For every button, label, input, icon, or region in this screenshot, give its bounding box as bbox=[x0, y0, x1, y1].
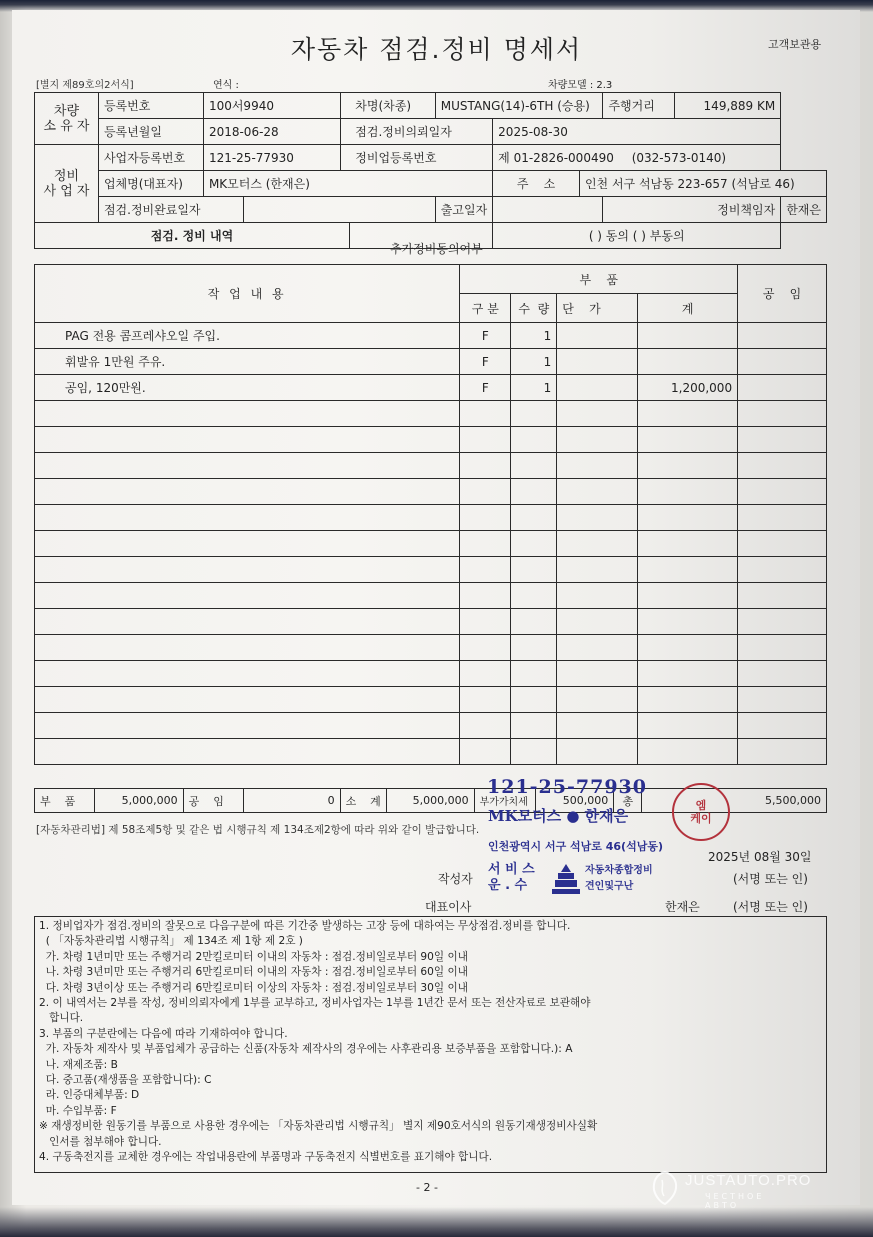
empty-cell bbox=[511, 713, 557, 739]
table-row bbox=[35, 557, 827, 583]
empty-cell bbox=[511, 479, 557, 505]
document-title: 자동차 점검.정비 명세서 bbox=[0, 30, 873, 66]
shop-reg-number: 제 01-2826-000490 bbox=[498, 151, 614, 165]
qty-cell: 1 bbox=[511, 349, 557, 375]
stamp-type-line: 자동차종합정비 bbox=[585, 863, 653, 879]
table-row bbox=[35, 713, 827, 739]
stamp-company: MK모터스 ● 한재은 bbox=[488, 805, 628, 826]
ceo-name: 한재은 bbox=[665, 898, 700, 915]
request-date-value: 2025-08-30 bbox=[493, 119, 781, 145]
note-line: 가. 자동차 제작사 및 부품업체가 공급하는 신품(자동차 제작사의 경우에는… bbox=[39, 1042, 822, 1057]
subtotal-value: 5,000,000 bbox=[386, 789, 474, 813]
shop-reg-label: 정비업등록번호 bbox=[341, 145, 493, 171]
table-row bbox=[35, 739, 827, 765]
request-date-label: 점검.정비의뢰일자 bbox=[341, 119, 493, 145]
empty-cell bbox=[638, 739, 738, 765]
empty-cell bbox=[35, 687, 460, 713]
mileage-value: 149,889 KM bbox=[674, 93, 780, 119]
empty-cell bbox=[460, 479, 511, 505]
empty-cell bbox=[511, 401, 557, 427]
col-type: 구 분 bbox=[460, 294, 511, 323]
empty-cell bbox=[738, 583, 827, 609]
empty-cell bbox=[638, 635, 738, 661]
empty-cell bbox=[460, 505, 511, 531]
type-cell: F bbox=[460, 349, 511, 375]
unit-cell bbox=[557, 375, 638, 401]
empty-cell bbox=[511, 739, 557, 765]
note-line: 다. 차령 3년이상 또는 주행거리 6만킬로미터 이상의 자동차 : 점검.정… bbox=[39, 981, 822, 996]
empty-cell bbox=[738, 557, 827, 583]
empty-cell bbox=[460, 635, 511, 661]
stamp-type-line: 견인및구난 bbox=[585, 879, 653, 895]
work-items-table: 작 업 내 용 부 품 공 임 구 분 수 량 단 가 계 PAG 전용 콤프레… bbox=[34, 264, 827, 765]
empty-cell bbox=[557, 401, 638, 427]
empty-cell bbox=[511, 661, 557, 687]
stamp-services-line: 서 비 스 bbox=[488, 862, 535, 878]
shop-reg-value: 제 01-2826-000490 (032-573-0140) bbox=[493, 145, 781, 171]
empty-cell bbox=[638, 505, 738, 531]
note-line: 3. 부품의 구분란에는 다음에 따라 기재하여야 합니다. bbox=[39, 1027, 822, 1042]
empty-cell bbox=[738, 713, 827, 739]
note-line: 라. 인증대체부품: D bbox=[39, 1088, 822, 1103]
empty-cell bbox=[557, 713, 638, 739]
empty-cell bbox=[738, 687, 827, 713]
mileage-label: 주행거리 bbox=[603, 93, 675, 119]
empty-cell bbox=[35, 557, 460, 583]
empty-cell bbox=[638, 661, 738, 687]
empty-cell bbox=[638, 583, 738, 609]
biz-no-label: 사업자등록번호 bbox=[98, 145, 203, 171]
note-line: ※ 재생정비한 원동기를 부품으로 사용한 경우에는 「자동차관리법 시행규칙」… bbox=[39, 1119, 822, 1134]
company-value: MK모터스 (한재은) bbox=[203, 171, 435, 197]
vehicle-model: 차량모델 : 2.3 bbox=[548, 76, 612, 91]
empty-cell bbox=[557, 739, 638, 765]
empty-cell bbox=[638, 687, 738, 713]
stamp-address: 인천광역시 서구 석남로 46(석남동) bbox=[488, 838, 663, 854]
empty-cell bbox=[35, 401, 460, 427]
work-header: 작 업 내 용 bbox=[35, 265, 460, 323]
empty-cell bbox=[557, 531, 638, 557]
empty-cell bbox=[460, 531, 511, 557]
empty-cell bbox=[738, 739, 827, 765]
empty-cell bbox=[460, 687, 511, 713]
col-qty: 수 량 bbox=[511, 294, 557, 323]
empty-cell bbox=[460, 583, 511, 609]
empty-cell bbox=[35, 635, 460, 661]
copy-label: 고객보관용 bbox=[768, 36, 821, 52]
empty-cell bbox=[557, 479, 638, 505]
note-line: 합니다. bbox=[39, 1011, 822, 1026]
total-cell bbox=[638, 323, 738, 349]
empty-cell bbox=[35, 713, 460, 739]
parts-header: 부 품 bbox=[460, 265, 738, 294]
empty-cell bbox=[35, 609, 460, 635]
empty-cell bbox=[460, 427, 511, 453]
empty-cell bbox=[638, 557, 738, 583]
note-line: 마. 수입부품: F bbox=[39, 1104, 822, 1119]
address-value: 인천 서구 석남동 223-657 (석남로 46) bbox=[579, 171, 826, 197]
label: 차량 bbox=[40, 104, 93, 119]
col-unit: 단 가 bbox=[557, 294, 638, 323]
empty-cell bbox=[738, 661, 827, 687]
subtotal-label: 소 계 bbox=[340, 789, 386, 813]
empty-cell bbox=[638, 713, 738, 739]
empty-cell bbox=[460, 739, 511, 765]
shop-phone: (032-573-0140) bbox=[632, 151, 726, 165]
manager-label: 정비책임자 bbox=[603, 197, 781, 223]
stamp-services-line: 운 . 수 bbox=[488, 878, 535, 894]
empty-cell bbox=[460, 557, 511, 583]
watermark-brand: JUSTAUTO.PRO bbox=[685, 1172, 811, 1189]
note-line: 다. 중고품(재생품을 포함합니다): C bbox=[39, 1073, 822, 1088]
note-line: 나. 차령 3년미만 또는 주행거리 6만킬로미터 이내의 자동차 : 점검.정… bbox=[39, 965, 822, 980]
qty-cell: 1 bbox=[511, 323, 557, 349]
consent-label-text: 추가정비동의여부 bbox=[390, 240, 483, 257]
issue-date: 2025년 08월 30일 bbox=[708, 848, 811, 865]
note-line: 인서를 첨부해야 합니다. bbox=[39, 1135, 822, 1150]
empty-cell bbox=[35, 479, 460, 505]
table-row bbox=[35, 505, 827, 531]
owner-section-label: 차량 소 유 자 bbox=[35, 93, 99, 145]
table-row bbox=[35, 531, 827, 557]
reg-no-value: 100서9940 bbox=[203, 93, 340, 119]
stamp-services: 서 비 스 운 . 수 bbox=[488, 862, 535, 894]
note-line: 4. 구동축전지를 교체한 경우에는 작업내용란에 부품명과 구동축전지 식별번… bbox=[39, 1150, 822, 1165]
watermark-tagline: ЧЕСТНОЕ АВТО bbox=[705, 1192, 764, 1210]
signature-note: (서명 또는 인) bbox=[733, 870, 808, 887]
empty-cell bbox=[511, 635, 557, 661]
empty-cell bbox=[511, 609, 557, 635]
company-seal: 엠 케이 bbox=[672, 783, 730, 841]
table-row bbox=[35, 427, 827, 453]
empty-cell bbox=[511, 453, 557, 479]
labor-cell bbox=[738, 349, 827, 375]
empty-cell bbox=[738, 635, 827, 661]
note-line: 1. 정비업자가 점검.정비의 잘못으로 다음구분에 따른 기간중 발생하는 고… bbox=[39, 919, 822, 934]
table-row bbox=[35, 401, 827, 427]
empty-cell bbox=[738, 609, 827, 635]
labor-cell bbox=[738, 323, 827, 349]
consent-value: ( ) 동의 ( ) 부동의 bbox=[493, 223, 781, 249]
signature-note: (서명 또는 인) bbox=[733, 898, 808, 915]
empty-cell bbox=[638, 479, 738, 505]
empty-cell bbox=[35, 661, 460, 687]
work-cell: PAG 전용 콤프레샤오일 주입. bbox=[35, 323, 460, 349]
work-cell: 공임, 120만원. bbox=[35, 375, 460, 401]
pagoda-icon bbox=[550, 862, 582, 898]
stamp-business-types: 자동차종합정비 견인및구난 bbox=[585, 863, 653, 895]
empty-cell bbox=[738, 401, 827, 427]
qty-cell: 1 bbox=[511, 375, 557, 401]
col-total: 계 bbox=[638, 294, 738, 323]
empty-cell bbox=[35, 453, 460, 479]
table-row bbox=[35, 479, 827, 505]
empty-cell bbox=[460, 661, 511, 687]
empty-cell bbox=[511, 687, 557, 713]
lion-shield-icon bbox=[650, 1170, 680, 1206]
label: 소 유 자 bbox=[40, 119, 93, 134]
empty-cell bbox=[638, 453, 738, 479]
details-label: 점검. 정비 내역 bbox=[35, 223, 350, 249]
page-number: - 2 - bbox=[416, 1181, 438, 1194]
empty-cell bbox=[35, 427, 460, 453]
photo-edge-bottom bbox=[0, 1207, 873, 1237]
empty-cell bbox=[738, 531, 827, 557]
notes-box: 1. 정비업자가 점검.정비의 잘못으로 다음구분에 따른 기간중 발생하는 고… bbox=[34, 916, 827, 1173]
empty-cell bbox=[511, 531, 557, 557]
company-label: 업체명(대표자) bbox=[98, 171, 203, 197]
empty-cell bbox=[738, 479, 827, 505]
release-date-value bbox=[493, 197, 603, 223]
grand-total-value: 5,500,000 bbox=[642, 789, 827, 813]
empty-cell bbox=[557, 505, 638, 531]
business-section-label: 정비 사 업 자 bbox=[35, 145, 99, 223]
empty-cell bbox=[35, 531, 460, 557]
release-date-label: 출고일자 bbox=[435, 197, 492, 223]
type-cell: F bbox=[460, 375, 511, 401]
labor-cell bbox=[738, 375, 827, 401]
reg-date-value: 2018-06-28 bbox=[203, 119, 340, 145]
empty-cell bbox=[738, 453, 827, 479]
parts-total-value: 5,000,000 bbox=[94, 789, 183, 813]
form-number: [별지 제89호의2서식] bbox=[36, 76, 134, 91]
empty-cell bbox=[638, 401, 738, 427]
table-row: PAG 전용 콤프레샤오일 주입. F 1 bbox=[35, 323, 827, 349]
vehicle-owner-table: 차량 소 유 자 등록번호 100서9940 차명(차종) MUSTANG(14… bbox=[34, 92, 827, 249]
empty-cell bbox=[557, 557, 638, 583]
table-row: 휘발유 1만원 주유. F 1 bbox=[35, 349, 827, 375]
empty-cell bbox=[557, 583, 638, 609]
address-label: 주 소 bbox=[493, 171, 580, 197]
car-name-value: MUSTANG(14)-6TH (승용) bbox=[435, 93, 603, 119]
empty-cell bbox=[35, 583, 460, 609]
reg-no-label: 등록번호 bbox=[98, 93, 203, 119]
total-cell bbox=[638, 349, 738, 375]
empty-cell bbox=[738, 505, 827, 531]
reg-date-label: 등록년월일 bbox=[98, 119, 203, 145]
empty-cell bbox=[638, 609, 738, 635]
empty-cell bbox=[511, 427, 557, 453]
manager-value: 한재은 bbox=[781, 197, 827, 223]
type-cell: F bbox=[460, 323, 511, 349]
ceo-label: 대표이사 bbox=[425, 898, 471, 915]
total-cell: 1,200,000 bbox=[638, 375, 738, 401]
stamp-biz-number: 121-25-77930 bbox=[487, 776, 647, 798]
table-row bbox=[35, 687, 827, 713]
empty-cell bbox=[557, 687, 638, 713]
table-row bbox=[35, 609, 827, 635]
empty-cell bbox=[511, 557, 557, 583]
empty-cell bbox=[460, 453, 511, 479]
complete-date-value bbox=[244, 197, 436, 223]
labor-header: 공 임 bbox=[738, 265, 827, 323]
writer-label: 작성자 bbox=[438, 870, 473, 887]
note-line: 2. 이 내역서는 2부를 작성, 정비의뢰자에게 1부를 교부하고, 정비사업… bbox=[39, 996, 822, 1011]
biz-no-value: 121-25-77930 bbox=[203, 145, 340, 171]
empty-cell bbox=[738, 427, 827, 453]
table-row bbox=[35, 453, 827, 479]
legal-basis-text: [자동차관리법] 제 58조제5항 및 같은 법 시행규칙 제 134조제2항에… bbox=[36, 822, 479, 837]
table-row: 공임, 120만원. F 1 1,200,000 bbox=[35, 375, 827, 401]
labor-total-label: 공 임 bbox=[183, 789, 244, 813]
note-line: ( 「자동차관리법 시행규칙」 제 134조 제 1항 제 2호 ) bbox=[39, 934, 822, 949]
table-row bbox=[35, 635, 827, 661]
table-row bbox=[35, 583, 827, 609]
unit-cell bbox=[557, 349, 638, 375]
label: 사 업 자 bbox=[40, 184, 93, 199]
empty-cell bbox=[35, 505, 460, 531]
note-line: 가. 차령 1년미만 또는 주행거리 2만킬로미터 이내의 자동차 : 점검.정… bbox=[39, 950, 822, 965]
seal-text: 엠 bbox=[674, 799, 728, 812]
empty-cell bbox=[557, 661, 638, 687]
table-row bbox=[35, 661, 827, 687]
empty-cell bbox=[638, 427, 738, 453]
empty-cell bbox=[35, 739, 460, 765]
empty-cell bbox=[557, 635, 638, 661]
empty-cell bbox=[511, 505, 557, 531]
empty-cell bbox=[557, 453, 638, 479]
note-line: 나. 재제조품: B bbox=[39, 1058, 822, 1073]
work-cell: 휘발유 1만원 주유. bbox=[35, 349, 460, 375]
model-year: 연식 : bbox=[213, 76, 239, 91]
labor-total-value: 0 bbox=[244, 789, 340, 813]
empty-cell bbox=[460, 713, 511, 739]
empty-cell bbox=[460, 609, 511, 635]
empty-cell bbox=[511, 583, 557, 609]
car-name-label: 차명(차종) bbox=[341, 93, 436, 119]
label: 정비 bbox=[40, 169, 93, 184]
seal-text: 케이 bbox=[674, 812, 728, 825]
empty-cell bbox=[460, 401, 511, 427]
empty-cell bbox=[557, 609, 638, 635]
unit-cell bbox=[557, 323, 638, 349]
empty-cell bbox=[557, 427, 638, 453]
parts-total-label: 부 품 bbox=[35, 789, 95, 813]
complete-date-label: 점검.정비완료일자 bbox=[98, 197, 243, 223]
empty-cell bbox=[638, 531, 738, 557]
